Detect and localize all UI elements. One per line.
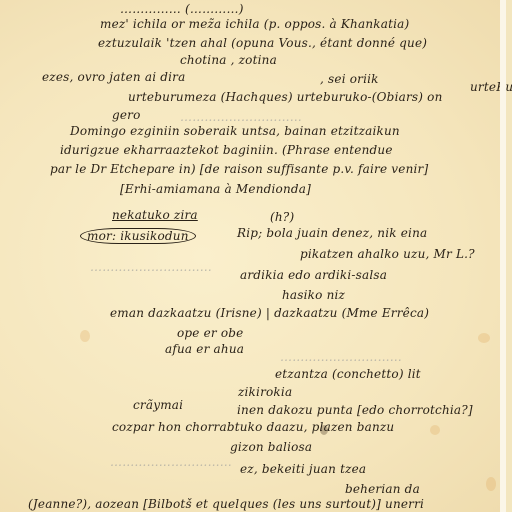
handwritten-line: Rip; bola juain denez, nik eina <box>237 226 427 240</box>
bleedthrough-line: ………………………… <box>90 260 212 274</box>
handwritten-line: eztuzulaik 'tzen ahal (opuna Vous., étan… <box>98 36 427 50</box>
manuscript-page: …………………………………………………………………………………………………………… <box>0 0 506 512</box>
handwritten-line: idurigzue ekharraaztekot baginiin. (Phra… <box>60 143 393 157</box>
handwritten-line: afua er ahua <box>165 342 244 356</box>
handwritten-line: hasiko niz <box>282 288 345 302</box>
handwritten-line: ope er obe <box>177 326 243 340</box>
bleedthrough-line: ………………………… <box>280 350 402 364</box>
handwritten-line: nekatuko zira <box>112 208 198 222</box>
handwritten-line: inen dakozu punta [edo chorrotchia?] <box>237 403 473 417</box>
handwritten-line: (h?) <box>270 210 294 224</box>
handwritten-line: chotina , zotina <box>180 53 277 67</box>
handwritten-line: ezes, ovro jaten ai dira <box>42 70 185 84</box>
handwritten-line: , sei oriik <box>320 72 379 86</box>
handwritten-line: mor: ikusikodun <box>80 228 196 244</box>
handwritten-line: pikatzen ahalko uzu, Mr L.? <box>300 247 475 261</box>
paper-stain <box>486 477 496 491</box>
paper-stain <box>80 330 90 342</box>
handwritten-line: gero <box>112 108 141 122</box>
bleedthrough-line: ………………………… <box>110 455 232 469</box>
page-edge <box>500 0 506 512</box>
handwritten-line: par le Dr Etchepare in) [de raison suffi… <box>50 162 428 176</box>
handwritten-line: cozpar hon chorrabtuko daazu, plazen ban… <box>112 420 394 434</box>
handwritten-line: Domingo ezginiin soberaik untsa, bainan … <box>70 124 400 138</box>
handwritten-line: …………… (…………) <box>120 2 244 16</box>
handwritten-line: ardikia edo ardiki-salsa <box>240 268 387 282</box>
bleedthrough-line: ………………………… <box>180 110 302 124</box>
handwritten-line: gizon baliosa <box>230 440 312 454</box>
handwritten-line: [Erhi-amiamana à Mendionda] <box>120 182 311 196</box>
handwritten-line: ez, bekeiti juan tzea <box>240 462 366 476</box>
handwritten-line: crãymai <box>133 398 183 412</box>
handwritten-line: zikirokia <box>238 385 292 399</box>
handwritten-line: mez' ichila or mez̃a ichila (p. oppos. à… <box>100 17 409 31</box>
handwritten-line: etzantza (conchetto) lit <box>275 367 421 381</box>
handwritten-line: eman dazkaatzu (Irisne) | dazkaatzu (Mme… <box>110 306 429 320</box>
paper-stain <box>430 425 440 435</box>
handwritten-line: (Jeanne?), aozean [Bilbotš et quelques (… <box>28 497 424 511</box>
handwritten-line: urteburumeza (Hachques) urteburuko-(Obia… <box>128 90 443 104</box>
paper-stain <box>478 333 490 343</box>
handwritten-line: beherian da <box>345 482 420 496</box>
